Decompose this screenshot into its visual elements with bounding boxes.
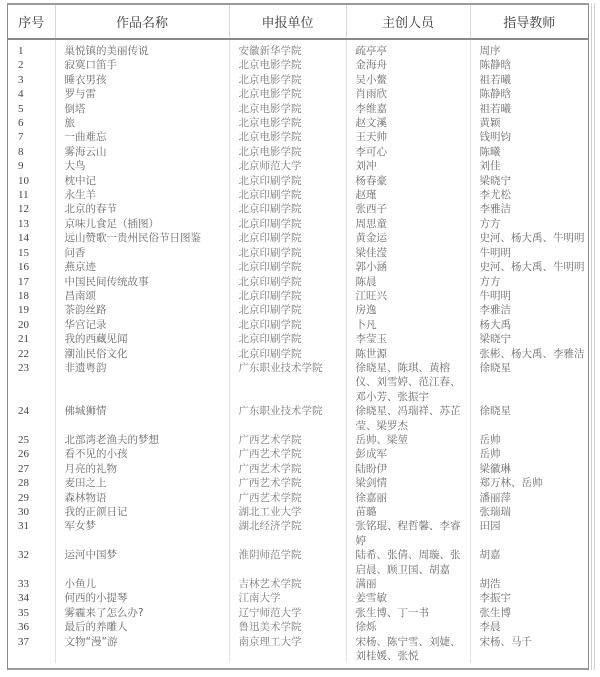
cell-serial-number: 32	[8, 548, 55, 577]
table-row: 6旅北京电影学院赵文溪黄颖	[8, 116, 588, 130]
cell-advisor: 陈静晗	[470, 87, 588, 101]
cell-main-creators: 张铭琨、程哲馨、李睿婷	[346, 519, 470, 548]
cell-work-title: 睡衣男孩	[55, 73, 229, 87]
cell-work-title: 佛城狮情	[55, 404, 229, 433]
cell-serial-number: 7	[8, 130, 55, 144]
cell-serial-number: 2	[8, 58, 55, 72]
cell-main-creators: 宋杨、陈宁雪、刘婕、刘桂媛、张悦	[346, 635, 470, 664]
cell-serial-number: 4	[8, 87, 55, 101]
table-row: 21我的西藏见闻北京印刷学院李莹玉梁晓宁	[8, 332, 588, 346]
cell-submitting-unit: 北京印刷学院	[229, 289, 346, 303]
cell-advisor: 徐晓星	[470, 404, 588, 433]
cell-serial-number: 5	[8, 102, 55, 116]
cell-serial-number: 8	[8, 145, 55, 159]
cell-submitting-unit: 北京印刷学院	[229, 347, 346, 361]
cell-advisor: 梁徽琳	[470, 462, 588, 476]
cell-work-title: 我的西藏见闻	[55, 332, 229, 346]
cell-submitting-unit: 湖北工业大学	[229, 505, 346, 519]
cell-main-creators: 金海舟	[346, 58, 470, 72]
header-main-creators: 主创人员	[346, 5, 470, 39]
cell-submitting-unit: 北京电影学院	[229, 145, 346, 159]
cell-main-creators: 徐烁	[346, 620, 470, 634]
table-row: 23非遗粤韵广东职业技术学院徐晓星、陈琪、黄榕仪、刘雪婷、范江春、邓小芳、张振宇…	[8, 361, 588, 404]
table-row: 11永生羊北京印刷学院赵瑾李尤松	[8, 188, 588, 202]
cell-work-title: 中国民间传统故事	[55, 275, 229, 289]
cell-submitting-unit: 淮阴师范学院	[229, 548, 346, 577]
cell-serial-number: 19	[8, 303, 55, 317]
cell-serial-number: 24	[8, 404, 55, 433]
cell-main-creators: 苗璐	[346, 505, 470, 519]
header-serial-number: 序号	[8, 5, 55, 39]
cell-work-title: 倒塔	[55, 102, 229, 116]
table-row: 34何西的小提琴江南大学姜雪敏李振宇	[8, 591, 588, 605]
cell-serial-number: 14	[8, 231, 55, 245]
cell-advisor: 李振宇	[470, 591, 588, 605]
cell-work-title: 非遗粤韵	[55, 361, 229, 404]
cell-advisor: 岳帅	[470, 447, 588, 461]
table-row: 18昌南颂北京印刷学院江旺兴牛明明	[8, 289, 588, 303]
cell-work-title: 军女梦	[55, 519, 229, 548]
cell-submitting-unit: 北京印刷学院	[229, 260, 346, 274]
cell-advisor: 梁晓宁	[470, 332, 588, 346]
cell-submitting-unit: 吉林艺术学院	[229, 577, 346, 591]
cell-submitting-unit: 北京印刷学院	[229, 202, 346, 216]
table-row: 35雾霾来了怎么办?辽宁师范大学张生博、丁一书张生博	[8, 606, 588, 620]
cell-advisor: 牛明明	[470, 246, 588, 260]
cell-serial-number: 1	[8, 39, 55, 58]
award-list-table: 序号 作品名称 申报单位 主创人员 指导教师 1巢悦镇的美丽传说安徽新华学院疏亭…	[8, 5, 588, 663]
cell-work-title: 寂寞口笛手	[55, 58, 229, 72]
cell-advisor: 岳帅	[470, 433, 588, 447]
cell-work-title: 我的正颌日记	[55, 505, 229, 519]
cell-advisor: 陈静晗	[470, 58, 588, 72]
table-row: 26看不见的小孩广西艺术学院彭成军岳帅	[8, 447, 588, 461]
table-row: 5倒塔北京电影学院李维嘉祖若曦	[8, 102, 588, 116]
cell-work-title: 北京的春节	[55, 202, 229, 216]
cell-work-title: 燕京迹	[55, 260, 229, 274]
cell-advisor: 方方	[470, 217, 588, 231]
cell-submitting-unit: 广西艺术学院	[229, 491, 346, 505]
cell-main-creators: 梁剑情	[346, 476, 470, 490]
cell-advisor: 张瑞瑞	[470, 505, 588, 519]
cell-serial-number: 25	[8, 433, 55, 447]
cell-advisor: 胡浩	[470, 577, 588, 591]
cell-advisor: 钱明钧	[470, 130, 588, 144]
cell-serial-number: 13	[8, 217, 55, 231]
cell-work-title: 问香	[55, 246, 229, 260]
cell-serial-number: 18	[8, 289, 55, 303]
cell-submitting-unit: 广西艺术学院	[229, 462, 346, 476]
cell-submitting-unit: 辽宁师范大学	[229, 606, 346, 620]
cell-main-creators: 李莹玉	[346, 332, 470, 346]
cell-serial-number: 33	[8, 577, 55, 591]
cell-advisor: 李雅洁	[470, 202, 588, 216]
cell-advisor: 李雅洁	[470, 303, 588, 317]
cell-serial-number: 21	[8, 332, 55, 346]
cell-main-creators: 姜雪敏	[346, 591, 470, 605]
cell-main-creators: 张西子	[346, 202, 470, 216]
cell-main-creators: 徐晓星、冯瑞祥、苏芷莹、梁罗杰	[346, 404, 470, 433]
cell-submitting-unit: 安徽新华学院	[229, 39, 346, 58]
cell-main-creators: 郭小涵	[346, 260, 470, 274]
table-row: 17中国民间传统故事北京印刷学院陈晨方方	[8, 275, 588, 289]
right-edge-scrollbar	[591, 3, 595, 670]
cell-main-creators: 陈晨	[346, 275, 470, 289]
cell-main-creators: 岳帅、梁堃	[346, 433, 470, 447]
cell-serial-number: 12	[8, 202, 55, 216]
cell-main-creators: 陈世源	[346, 347, 470, 361]
cell-work-title: 永生羊	[55, 188, 229, 202]
cell-submitting-unit: 北京电影学院	[229, 58, 346, 72]
cell-main-creators: 李维嘉	[346, 102, 470, 116]
table-row: 1巢悦镇的美丽传说安徽新华学院疏亭亭周序	[8, 39, 588, 58]
table-row: 12北京的春节北京印刷学院张西子李雅洁	[8, 202, 588, 216]
cell-advisor: 胡嘉	[470, 548, 588, 577]
cell-main-creators: 刘冲	[346, 159, 470, 173]
cell-submitting-unit: 北京印刷学院	[229, 174, 346, 188]
table-row: 15问香北京印刷学院梁佳滢牛明明	[8, 246, 588, 260]
cell-advisor: 陈曦	[470, 145, 588, 159]
cell-main-creators: 杨春豪	[346, 174, 470, 188]
cell-advisor: 张生博	[470, 606, 588, 620]
cell-submitting-unit: 广西艺术学院	[229, 476, 346, 490]
header-advisor: 指导教师	[470, 5, 588, 39]
cell-serial-number: 22	[8, 347, 55, 361]
table-row: 10枕中记北京印刷学院杨春豪梁晓宁	[8, 174, 588, 188]
cell-work-title: 运河中国梦	[55, 548, 229, 577]
cell-main-creators: 彭成军	[346, 447, 470, 461]
cell-submitting-unit: 北京印刷学院	[229, 246, 346, 260]
header-submitting-unit: 申报单位	[229, 5, 346, 39]
cell-work-title: 枕中记	[55, 174, 229, 188]
cell-advisor: 徐晓星	[470, 361, 588, 404]
cell-serial-number: 16	[8, 260, 55, 274]
award-list-table-frame: 序号 作品名称 申报单位 主创人员 指导教师 1巢悦镇的美丽传说安徽新华学院疏亭…	[7, 3, 589, 670]
cell-submitting-unit: 广西艺术学院	[229, 447, 346, 461]
cell-main-creators: 陆希、张倩、周璇、张启晨、顾卫国、胡嘉	[346, 548, 470, 577]
table-row: 24佛城狮情广东职业技术学院徐晓星、冯瑞祥、苏芷莹、梁罗杰徐晓星	[8, 404, 588, 433]
cell-advisor: 周序	[470, 39, 588, 58]
cell-submitting-unit: 北京电影学院	[229, 116, 346, 130]
cell-advisor: 李尤松	[470, 188, 588, 202]
cell-main-creators: 徐晓星、陈琪、黄榕仪、刘雪婷、范江春、邓小芳、张振宇	[346, 361, 470, 404]
table-row: 13京味儿食足（插图）北京印刷学院周思童方方	[8, 217, 588, 231]
table-row: 8雾海云山北京电影学院李可心陈曦	[8, 145, 588, 159]
cell-work-title: 北部湾老渔夫的梦想	[55, 433, 229, 447]
cell-work-title: 森林物语	[55, 491, 229, 505]
table-row: 9大鸟北京师范大学刘冲刘佳	[8, 159, 588, 173]
cell-work-title: 巢悦镇的美丽传说	[55, 39, 229, 58]
table-row: 29森林物语广西艺术学院徐嘉丽潘丽萍	[8, 491, 588, 505]
cell-serial-number: 20	[8, 318, 55, 332]
cell-serial-number: 27	[8, 462, 55, 476]
cell-work-title: 远山赞歌一贵州民俗节日图鉴	[55, 231, 229, 245]
cell-advisor: 史河、杨大禹、牛明明	[470, 231, 588, 245]
cell-serial-number: 34	[8, 591, 55, 605]
table-row: 16燕京迹北京印刷学院郭小涵史河、杨大禹、牛明明	[8, 260, 588, 274]
table-row: 7一曲难忘北京电影学院王天帅钱明钧	[8, 130, 588, 144]
cell-submitting-unit: 北京印刷学院	[229, 188, 346, 202]
cell-submitting-unit: 北京电影学院	[229, 130, 346, 144]
table-row: 14远山赞歌一贵州民俗节日图鉴北京印刷学院黄金运史河、杨大禹、牛明明	[8, 231, 588, 245]
cell-main-creators: 卜凡	[346, 318, 470, 332]
cell-submitting-unit: 北京印刷学院	[229, 332, 346, 346]
cell-main-creators: 黄金运	[346, 231, 470, 245]
cell-advisor: 牛明明	[470, 289, 588, 303]
cell-serial-number: 11	[8, 188, 55, 202]
cell-main-creators: 王天帅	[346, 130, 470, 144]
cell-work-title: 看不见的小孩	[55, 447, 229, 461]
cell-main-creators: 陆盼伊	[346, 462, 470, 476]
cell-work-title: 麦田之上	[55, 476, 229, 490]
cell-submitting-unit: 北京印刷学院	[229, 231, 346, 245]
cell-submitting-unit: 广东职业技术学院	[229, 361, 346, 404]
cell-advisor: 祖若曦	[470, 102, 588, 116]
cell-work-title: 大鸟	[55, 159, 229, 173]
cell-work-title: 月亮的礼物	[55, 462, 229, 476]
cell-work-title: 一曲难忘	[55, 130, 229, 144]
table-row: 36最后的养雕人鲁迅美术学院徐烁李晨	[8, 620, 588, 634]
cell-serial-number: 15	[8, 246, 55, 260]
cell-serial-number: 36	[8, 620, 55, 634]
cell-serial-number: 6	[8, 116, 55, 130]
cell-submitting-unit: 北京电影学院	[229, 73, 346, 87]
cell-submitting-unit: 江南大学	[229, 591, 346, 605]
table-row: 37文物“漫”游南京理工大学宋杨、陈宁雪、刘婕、刘桂媛、张悦宋杨、马千	[8, 635, 588, 664]
cell-advisor: 方方	[470, 275, 588, 289]
cell-advisor: 郑万林、岳帅	[470, 476, 588, 490]
cell-serial-number: 31	[8, 519, 55, 548]
cell-main-creators: 张生博、丁一书	[346, 606, 470, 620]
cell-submitting-unit: 北京印刷学院	[229, 318, 346, 332]
cell-serial-number: 28	[8, 476, 55, 490]
cell-advisor: 梁晓宁	[470, 174, 588, 188]
cell-advisor: 杨大禹	[470, 318, 588, 332]
cell-work-title: 潮汕民俗文化	[55, 347, 229, 361]
table-row: 33小鱼儿吉林艺术学院满丽胡浩	[8, 577, 588, 591]
table-row: 19茶韵丝路北京印刷学院房逸李雅洁	[8, 303, 588, 317]
cell-submitting-unit: 北京电影学院	[229, 102, 346, 116]
table-row: 28麦田之上广西艺术学院梁剑情郑万林、岳帅	[8, 476, 588, 490]
cell-main-creators: 周思童	[346, 217, 470, 231]
cell-advisor: 祖若曦	[470, 73, 588, 87]
cell-advisor: 田园	[470, 519, 588, 548]
cell-advisor: 张彬、杨大禹、李雅洁	[470, 347, 588, 361]
cell-main-creators: 赵瑾	[346, 188, 470, 202]
cell-submitting-unit: 广东职业技术学院	[229, 404, 346, 433]
table-row: 2寂寞口笛手北京电影学院金海舟陈静晗	[8, 58, 588, 72]
cell-submitting-unit: 北京印刷学院	[229, 217, 346, 231]
cell-advisor: 黄颖	[470, 116, 588, 130]
table-row: 22潮汕民俗文化北京印刷学院陈世源张彬、杨大禹、李雅洁	[8, 347, 588, 361]
cell-work-title: 文物“漫”游	[55, 635, 229, 664]
cell-work-title: 华宫记录	[55, 318, 229, 332]
cell-main-creators: 满丽	[346, 577, 470, 591]
cell-serial-number: 30	[8, 505, 55, 519]
cell-main-creators: 梁佳滢	[346, 246, 470, 260]
cell-submitting-unit: 鲁迅美术学院	[229, 620, 346, 634]
table-row: 20华宫记录北京印刷学院卜凡杨大禹	[8, 318, 588, 332]
cell-work-title: 小鱼儿	[55, 577, 229, 591]
cell-main-creators: 肖雨欣	[346, 87, 470, 101]
cell-work-title: 雾霾来了怎么办?	[55, 606, 229, 620]
table-row: 25北部湾老渔夫的梦想广西艺术学院岳帅、梁堃岳帅	[8, 433, 588, 447]
cell-work-title: 旅	[55, 116, 229, 130]
cell-main-creators: 李可心	[346, 145, 470, 159]
table-row: 4罗与雷北京电影学院肖雨欣陈静晗	[8, 87, 588, 101]
cell-advisor: 潘丽萍	[470, 491, 588, 505]
table-header-row: 序号 作品名称 申报单位 主创人员 指导教师	[8, 5, 588, 39]
cell-serial-number: 35	[8, 606, 55, 620]
table-row: 27月亮的礼物广西艺术学院陆盼伊梁徽琳	[8, 462, 588, 476]
table-row: 3睡衣男孩北京电影学院吴小鳌祖若曦	[8, 73, 588, 87]
cell-main-creators: 疏亭亭	[346, 39, 470, 58]
cell-submitting-unit: 北京印刷学院	[229, 303, 346, 317]
table-row: 31军女梦湖北经济学院张铭琨、程哲馨、李睿婷田园	[8, 519, 588, 548]
table-row: 30我的正颌日记湖北工业大学苗璐张瑞瑞	[8, 505, 588, 519]
cell-advisor: 史河、杨大禹、牛明明	[470, 260, 588, 274]
cell-advisor: 刘佳	[470, 159, 588, 173]
cell-work-title: 雾海云山	[55, 145, 229, 159]
cell-serial-number: 17	[8, 275, 55, 289]
cell-advisor: 李晨	[470, 620, 588, 634]
cell-serial-number: 23	[8, 361, 55, 404]
cell-submitting-unit: 广西艺术学院	[229, 433, 346, 447]
cell-work-title: 京味儿食足（插图）	[55, 217, 229, 231]
cell-main-creators: 江旺兴	[346, 289, 470, 303]
cell-submitting-unit: 北京印刷学院	[229, 275, 346, 289]
header-work-title: 作品名称	[55, 5, 229, 39]
cell-work-title: 最后的养雕人	[55, 620, 229, 634]
cell-serial-number: 9	[8, 159, 55, 173]
cell-submitting-unit: 北京师范大学	[229, 159, 346, 173]
cell-main-creators: 吴小鳌	[346, 73, 470, 87]
cell-work-title: 罗与雷	[55, 87, 229, 101]
cell-submitting-unit: 湖北经济学院	[229, 519, 346, 548]
cell-serial-number: 29	[8, 491, 55, 505]
cell-advisor: 宋杨、马千	[470, 635, 588, 664]
table-row: 32运河中国梦淮阴师范学院陆希、张倩、周璇、张启晨、顾卫国、胡嘉胡嘉	[8, 548, 588, 577]
cell-serial-number: 10	[8, 174, 55, 188]
cell-main-creators: 徐嘉丽	[346, 491, 470, 505]
cell-serial-number: 3	[8, 73, 55, 87]
cell-main-creators: 赵文溪	[346, 116, 470, 130]
cell-work-title: 昌南颂	[55, 289, 229, 303]
cell-serial-number: 37	[8, 635, 55, 664]
cell-submitting-unit: 北京电影学院	[229, 87, 346, 101]
cell-work-title: 茶韵丝路	[55, 303, 229, 317]
cell-main-creators: 房逸	[346, 303, 470, 317]
cell-serial-number: 26	[8, 447, 55, 461]
cell-submitting-unit: 南京理工大学	[229, 635, 346, 664]
cell-work-title: 何西的小提琴	[55, 591, 229, 605]
